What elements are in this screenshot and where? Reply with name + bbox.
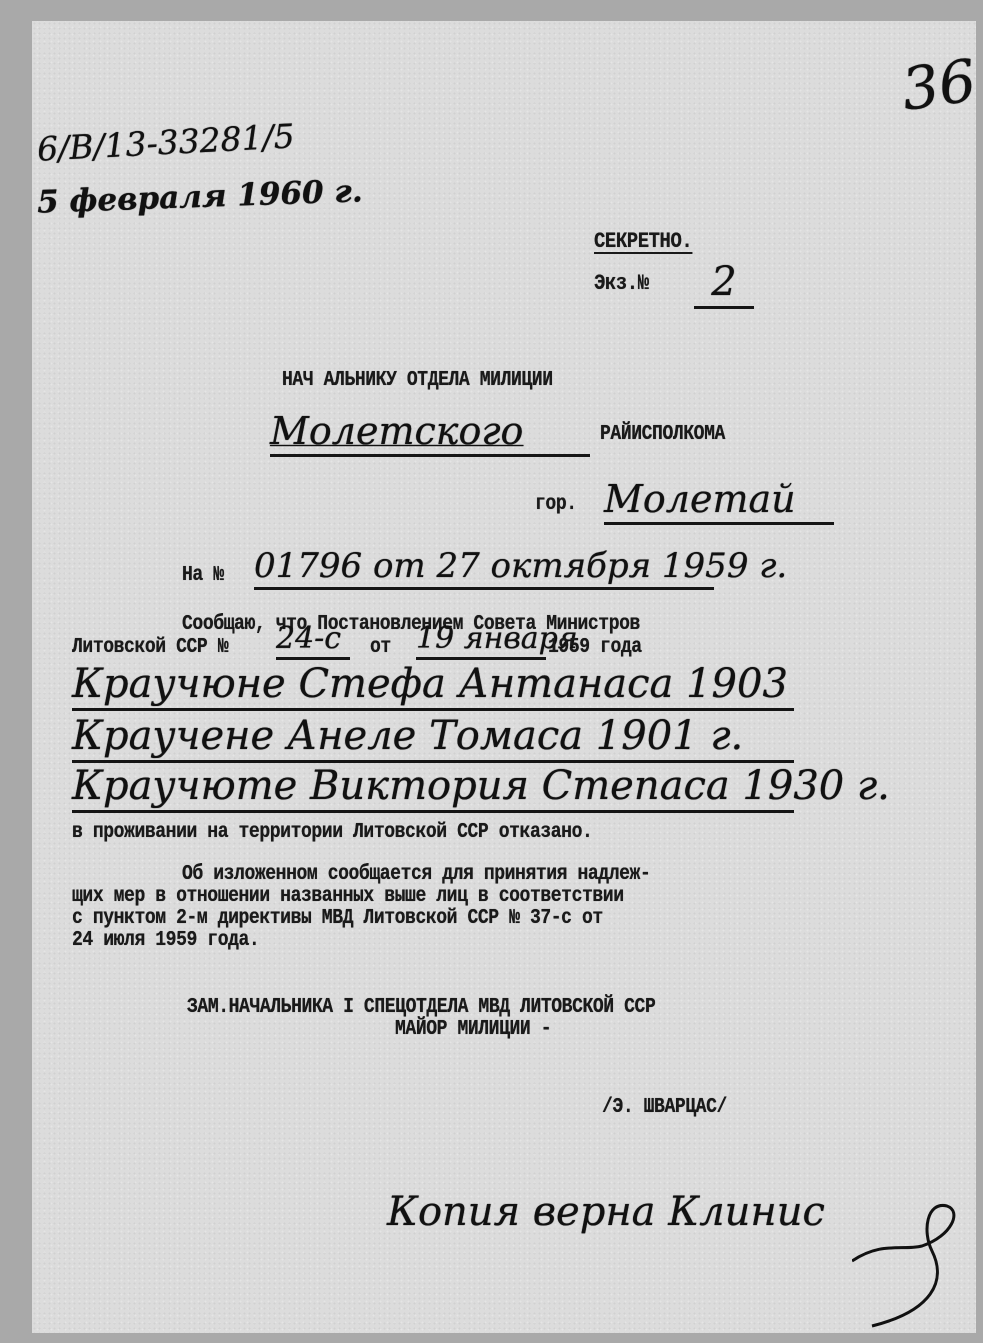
decree-number: 24-с: [276, 621, 350, 660]
body-para1-end: в проживании на территории Литовской ССР…: [72, 821, 592, 844]
city-name: Молетай: [604, 477, 834, 525]
addressee-line1: НАЧ АЛЬНИКУ ОТДЕЛА МИЛИЦИИ: [282, 369, 553, 392]
decree-from-label: от: [370, 636, 391, 659]
person-3: Краучюте Виктория Степаса 1930 г.: [72, 763, 794, 813]
decree-date: 19 января: [416, 621, 546, 660]
copy-number: 2: [694, 259, 754, 309]
body-para2-line3: с пунктом 2-м директивы МВД Литовской СС…: [72, 907, 603, 930]
decree-year: 1959 года: [548, 636, 642, 659]
body-para2-line4: 24 июля 1959 года.: [72, 929, 259, 952]
archive-page-number: 36: [898, 46, 981, 124]
document-page: 36 6/B/13-33281/5 5 февраля 1960 г. СЕКР…: [32, 21, 976, 1333]
person-2: Краучене Анеле Томаса 1901 г.: [72, 713, 794, 763]
classification-stamp: СЕКРЕТНО.: [594, 229, 692, 254]
signatory-title-line2: МАЙОР МИЛИЦИИ -: [395, 1018, 551, 1041]
copy-certification: Копия верна Клинис: [387, 1189, 825, 1235]
body-para2-line2: щих мер в отношении названных выше лиц в…: [72, 885, 624, 908]
reply-to-reference: 01796 от 27 октября 1959 г.: [254, 546, 714, 590]
copy-label: Экз.№: [594, 271, 649, 296]
body-para2-line1: Об изложенном сообщается для принятия на…: [182, 863, 650, 886]
city-prefix: гор.: [535, 493, 577, 516]
body-para1-line2-prefix: Литовской ССР №: [72, 636, 228, 659]
addressee-line2-suffix: РАЙИСПОЛКОМА: [600, 423, 725, 446]
outgoing-date: 5 февраля 1960 г.: [36, 173, 363, 220]
outgoing-reference: 6/B/13-33281/5: [36, 116, 295, 168]
signatory-name: /Э. ШВАРЦАС/: [602, 1096, 727, 1119]
reply-to-prefix: На №: [182, 564, 224, 587]
signatory-title-line1: ЗАМ.НАЧАЛЬНИКА I СПЕЦОТДЕЛА МВД ЛИТОВСКО…: [187, 996, 655, 1019]
addressee-district: Молетского: [270, 409, 590, 457]
signature-flourish-icon: [852, 1201, 972, 1331]
person-1: Краучюне Стефа Антанаса 1903: [72, 661, 794, 711]
